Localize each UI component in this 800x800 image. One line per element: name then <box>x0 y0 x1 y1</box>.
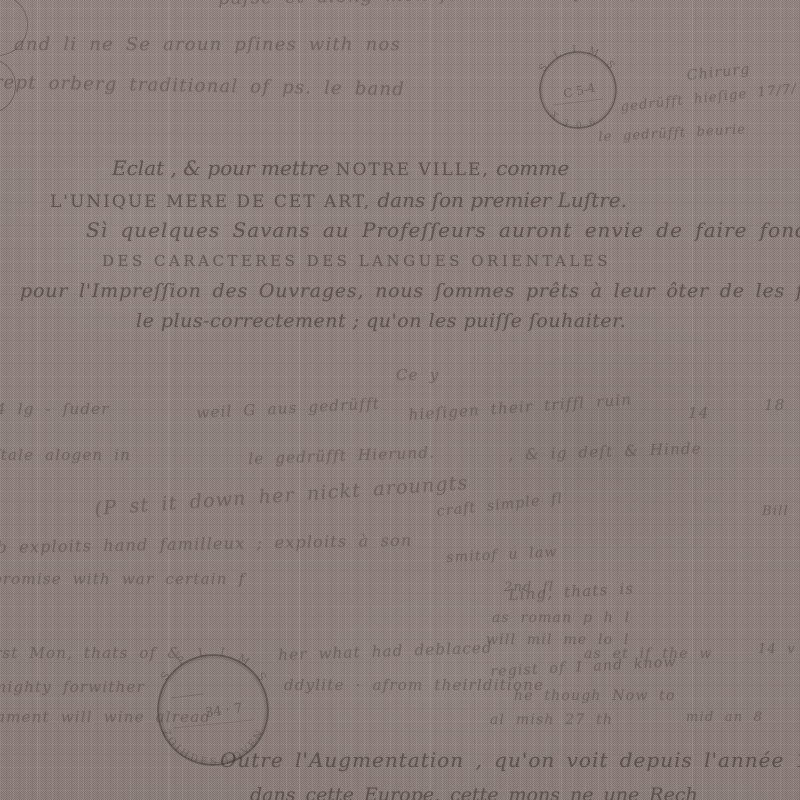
handwriting-fragment: ſtale alogen in <box>0 446 131 464</box>
printed-line-5: pour l'Impreſſion des Ouvrages, nous ſom… <box>20 280 800 302</box>
handwriting-fragment: Ce y <box>396 366 439 384</box>
postmark-ring-top-text: S P L I M S <box>158 645 272 688</box>
handwriting-fragment: craft simple fl <box>436 491 564 520</box>
handwriting-fragment: , & ig deſt & Hinde <box>508 439 702 464</box>
postmark-ring-bottom-text: X 3 0 6 <box>548 110 600 131</box>
printed-line-4-caps: DES CARACTERES DES LANGUES ORIENTALES <box>102 252 611 270</box>
postmark-top-right: S L I M S X 3 0 6 C 5-4 <box>523 35 633 145</box>
handwriting-fragment: paſse et along mon familiers à quoit ſuf… <box>218 0 748 9</box>
handwriting-fragment: and li ne Se aroun pſines with nos <box>14 34 401 55</box>
postmark-bottom-left: S P L I M S ZOIHDES LOVEN 34 · 7 <box>143 640 283 780</box>
handwriting-fragment: (P st it down her nickt aroungts <box>94 472 469 520</box>
printed-line-2: L'UNIQUE MERE DE CET ART, dans ſon premi… <box>50 188 627 212</box>
handwriting-fragment: regist of I and know <box>490 654 677 680</box>
handwriting-fragment: Bill <box>762 504 789 519</box>
printed-bottom-line-1: Outre l'Augmentation , qu'on voit depuis… <box>220 748 800 772</box>
printed-line-3: Sì quelques Savans au Profeſſeurs auront… <box>86 218 800 242</box>
handwriting-fragment: 18 <box>764 396 786 414</box>
printed-line-1-smallcaps: NOTRE VILLE, <box>336 160 490 180</box>
handwriting-fragment: weil G aus gedrüfft <box>196 394 380 422</box>
printed-bottom-line-2: dans cette Europe, cette mons ne une Rec… <box>250 784 698 800</box>
postmark-cancel-line <box>171 694 203 698</box>
printed-line-1-italic-pre: Eclat , & pour mettre <box>112 156 336 180</box>
postmark-cancel-line <box>173 720 253 728</box>
handwriting-fragment: smitof u law <box>446 544 558 566</box>
printed-line-1: Eclat , & pour mettre NOTRE VILLE, comme <box>112 156 569 180</box>
svg-text:S P L I M S: S P L I M S <box>158 645 272 688</box>
handwriting-fragment: 4 lg - ſuder <box>0 400 110 418</box>
printed-line-1-italic-post: comme <box>490 156 569 180</box>
postmark-center-date: C 5-4 <box>562 80 597 100</box>
handwriting-fragment: as roman p h l <box>492 610 630 626</box>
postmark-cancel-line <box>553 99 603 105</box>
handwriting-fragment: her what had deblaced <box>278 639 493 664</box>
printed-line-2-smallcaps: L'UNIQUE MERE DE CET ART, <box>50 192 371 212</box>
svg-text:S L I M S: S L I M S <box>537 44 618 74</box>
handwriting-fragment: mighty forwither <box>0 678 145 696</box>
handwriting-fragment: hieſigen their triffl ruin <box>408 390 633 424</box>
handwriting-fragment: rept orberg traditional of ps. le band <box>0 72 405 100</box>
postmark-ring-top-text: S L I M S <box>537 44 618 74</box>
handwriting-fragment: 14 v <box>758 642 796 657</box>
handwriting-fragment: le gedrüfft Hierund. <box>248 443 435 468</box>
svg-text:X 3 0 6: X 3 0 6 <box>548 110 600 131</box>
handwriting-fragment: Chirurg <box>686 61 751 84</box>
handwriting-fragment: lb exploits hand familleux ; exploits à … <box>0 531 413 557</box>
handwriting-fragment: 14 <box>688 404 710 422</box>
handwriting-fragment: promise with war certain f <box>0 570 245 588</box>
handwriting-fragment: mid an 8 <box>686 710 763 725</box>
vintage-script-linen-texture: paſse et along mon familiers à quoit ſuf… <box>0 0 800 800</box>
postmark-center-date: 34 · 7 <box>204 701 243 721</box>
postmark-ring-bottom-text: ZOIHDES LOVEN <box>159 726 267 768</box>
handwriting-fragment: gedrüfft hieſige 17/7/ <box>620 81 798 114</box>
handwriting-fragment: al mish 27 th <box>490 712 613 728</box>
handwriting-fragment: he though Now to <box>514 688 676 704</box>
svg-text:ZOIHDES LOVEN: ZOIHDES LOVEN <box>159 726 267 768</box>
printed-line-2-italic: dans ſon premier Luſtre. <box>371 188 627 212</box>
printed-line-6: le plus-correctement ; qu'on les puiſſe … <box>136 310 626 332</box>
